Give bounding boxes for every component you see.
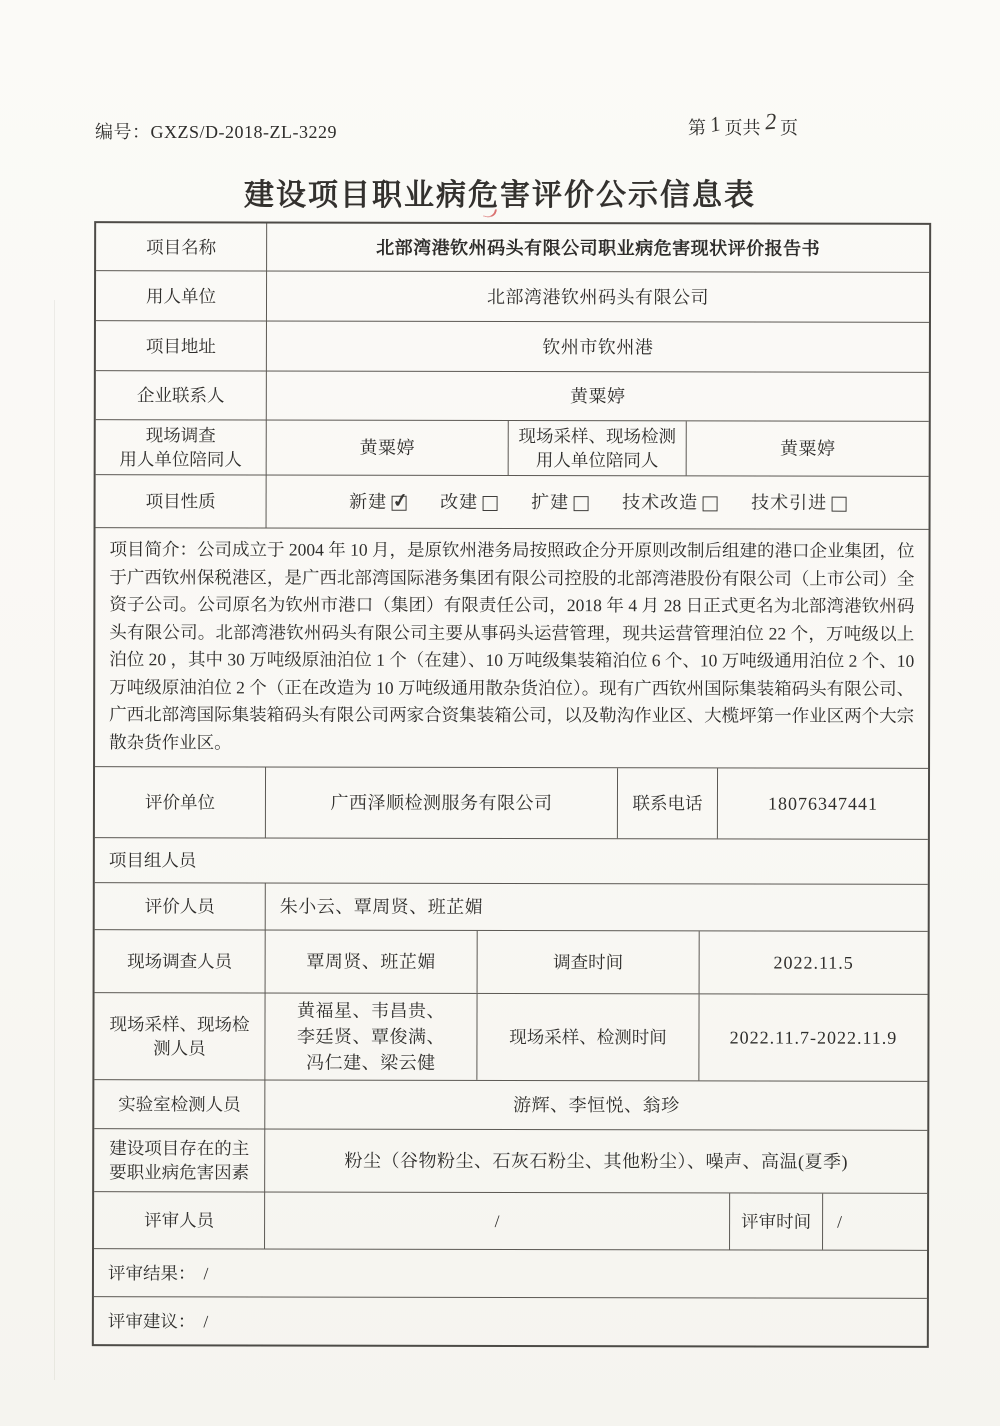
sampling-team-label-line1: 现场采样、现场检: [109, 1012, 249, 1036]
project-intro-label: 项目简介：: [109, 539, 197, 559]
project-address-value: 钦州市钦州港: [266, 321, 929, 371]
lab-team-value: 游辉、李恒悦、翁珍: [264, 1080, 927, 1129]
checkbox-checked-icon: ✓: [391, 495, 406, 510]
project-intro: 项目简介：公司成立于 2004 年 10 月，是原钦州港务局按照政企分开原则改制…: [95, 528, 928, 768]
nature-option: 改建: [440, 490, 497, 514]
evaluation-org-value: 广西泽顺检测服务有限公司: [265, 767, 617, 838]
row-evaluators: 评价人员 朱小云、覃周贤、班芷媚: [95, 882, 928, 931]
phone-label: 联系电话: [617, 768, 717, 838]
review-value: /: [264, 1192, 729, 1249]
survey-time-label: 调查时间: [477, 931, 699, 993]
sampling-escort-value: 黄粟婷: [686, 421, 929, 476]
nature-option: 扩建: [531, 490, 588, 514]
review-advice-label: 评审建议：: [108, 1309, 196, 1333]
checkbox-empty-icon: [573, 496, 588, 511]
document-number-value: GXZS/D-2018-ZL-3229: [151, 122, 337, 142]
nature-option-label: 技术改造: [622, 490, 698, 514]
scanned-page: 编号：GXZS/D-2018-ZL-3229 第1页共2页 建设项目职业病危害评…: [0, 0, 1000, 1426]
project-intro-text: 公司成立于 2004 年 10 月，是原钦州港务局按照政企分开原则改制后组建的港…: [109, 539, 914, 752]
lab-team-label: 实验室检测人员: [94, 1080, 264, 1128]
nature-options: 新建✓改建扩建技术改造技术引进: [273, 489, 923, 514]
survey-escort-label-line2: 用人单位陪同人: [119, 447, 242, 471]
hazards-label: 建设项目存在的主 要职业病危害因素: [94, 1129, 264, 1191]
row-hazards: 建设项目存在的主 要职业病危害因素 粉尘（谷物粉尘、石灰石粉尘、其他粉尘）、噪声…: [94, 1128, 927, 1193]
handwritten-tick-icon: ✓: [391, 488, 411, 514]
review-result: 评审结果： /: [94, 1249, 927, 1298]
row-project-nature: 项目性质 新建✓改建扩建技术改造技术引进: [96, 474, 929, 529]
sampling-team-label: 现场采样、现场检 测人员: [94, 993, 264, 1079]
employer-label: 用人单位: [96, 271, 266, 320]
review-result-value: /: [203, 1261, 208, 1285]
review-advice: 评审建议： /: [94, 1297, 927, 1346]
handwritten-page-total: 2: [764, 109, 777, 136]
row-evaluation-org: 评价单位 广西泽顺检测服务有限公司 联系电话 18076347441: [95, 766, 928, 839]
sampling-escort-label-line1: 现场采样、现场检测: [518, 424, 676, 448]
review-advice-value: /: [203, 1309, 208, 1333]
page-prefix: 第: [688, 118, 706, 138]
sampling-escort-label: 现场采样、现场检测 用人单位陪同人: [508, 421, 686, 475]
evaluators-label: 评价人员: [95, 883, 265, 929]
project-nature-options-cell: 新建✓改建扩建技术改造技术引进: [266, 475, 929, 528]
row-project-address: 项目地址 钦州市钦州港: [96, 320, 929, 372]
phone-value: 18076347441: [717, 768, 928, 838]
survey-escort-label: 现场调查 用人单位陪同人: [96, 420, 266, 474]
site-survey-value: 覃周贤、班芷媚: [265, 930, 477, 992]
employer-value: 北部湾港钦州码头有限公司: [266, 271, 929, 321]
sampling-time-label: 现场采样、检测时间: [476, 994, 698, 1080]
document-table: 项目名称 北部湾港钦州码头有限公司职业病危害现状评价报告书 用人单位 北部湾港钦…: [92, 221, 931, 1348]
review-time-value: /: [822, 1194, 927, 1250]
survey-time-value: 2022.11.5: [699, 931, 928, 993]
sampling-escort-label-line2: 用人单位陪同人: [536, 448, 659, 472]
checkbox-empty-icon: [831, 496, 846, 511]
review-time-label: 评审时间: [729, 1193, 822, 1249]
nature-option: 技术改造: [622, 490, 717, 514]
project-name-value: 北部湾港钦州码头有限公司职业病危害现状评价报告书: [266, 223, 929, 271]
row-review-result: 评审结果： /: [94, 1248, 927, 1298]
paper-fold-line: [54, 300, 55, 1380]
review-result-label: 评审结果：: [108, 1261, 196, 1285]
sampling-team-label-line2: 测人员: [153, 1036, 206, 1060]
row-review-advice: 评审建议： /: [94, 1296, 927, 1346]
company-contact-label: 企业联系人: [96, 371, 266, 419]
page-title: 建设项目职业病危害评价公示信息表: [0, 170, 1000, 214]
company-contact-value: 黄粟婷: [266, 371, 929, 420]
review-label: 评审人员: [94, 1192, 264, 1248]
row-team-section: 项目组人员: [95, 837, 928, 884]
survey-escort-value: 黄粟婷: [266, 420, 508, 475]
row-company-contact: 企业联系人 黄粟婷: [96, 370, 929, 421]
page-middle: 页共: [725, 118, 761, 138]
document-number: 编号：GXZS/D-2018-ZL-3229: [95, 118, 337, 144]
row-lab-team: 实验室检测人员 游辉、李恒悦、翁珍: [94, 1079, 927, 1130]
nature-option: 技术引进: [751, 491, 846, 515]
nature-option-label: 扩建: [531, 490, 569, 514]
site-survey-label: 现场调查人员: [95, 930, 265, 992]
hazards-label-line1: 建设项目存在的主: [109, 1136, 249, 1160]
nature-option-label: 新建: [349, 490, 387, 514]
checkbox-empty-icon: [702, 496, 717, 511]
hazards-value: 粉尘（谷物粉尘、石灰石粉尘、其他粉尘）、噪声、高温(夏季): [264, 1129, 927, 1192]
red-pen-mark: [483, 207, 497, 220]
team-section-header: 项目组人员: [95, 838, 928, 884]
nature-option: 新建✓: [349, 490, 406, 514]
project-nature-label: 项目性质: [96, 475, 266, 527]
nature-option-label: 技术引进: [751, 491, 827, 515]
row-employer: 用人单位 北部湾港钦州码头有限公司: [96, 270, 929, 322]
hazards-label-line2: 要职业病危害因素: [109, 1160, 249, 1184]
project-address-label: 项目地址: [96, 321, 266, 370]
checkbox-empty-icon: [482, 495, 497, 510]
sampling-team-value: 黄福星、韦昌贵、 李廷贤、覃俊满、 冯仁建、梁云健: [264, 993, 476, 1079]
nature-option-label: 改建: [440, 490, 478, 514]
page-indicator: 第1页共2页: [688, 114, 798, 140]
row-project-name: 项目名称 北部湾港钦州码头有限公司职业病危害现状评价报告书: [96, 223, 929, 272]
survey-escort-label-line1: 现场调查: [146, 423, 216, 447]
row-project-intro: 项目简介：公司成立于 2004 年 10 月，是原钦州港务局按照政企分开原则改制…: [95, 527, 928, 768]
sampling-team-value-line3: 冯仁建、梁云健: [306, 1050, 436, 1076]
sampling-time-value: 2022.11.7-2022.11.9: [698, 994, 927, 1080]
evaluation-org-label: 评价单位: [95, 767, 265, 837]
row-escorts: 现场调查 用人单位陪同人 黄粟婷 现场采样、现场检测 用人单位陪同人 黄粟婷: [96, 419, 929, 476]
handwritten-page-current: 1: [708, 111, 723, 138]
evaluators-value: 朱小云、覃周贤、班芷媚: [265, 883, 928, 930]
sampling-team-value-line2: 李廷贤、覃俊满、: [297, 1024, 445, 1050]
row-site-survey: 现场调查人员 覃周贤、班芷媚 调查时间 2022.11.5: [95, 929, 928, 994]
document-number-label: 编号：: [95, 122, 151, 142]
page-suffix: 页: [780, 118, 798, 138]
row-sampling-team: 现场采样、现场检 测人员 黄福星、韦昌贵、 李廷贤、覃俊满、 冯仁建、梁云健 现…: [94, 992, 927, 1081]
row-review: 评审人员 / 评审时间 /: [94, 1191, 927, 1250]
sampling-team-value-line1: 黄福星、韦昌贵、: [297, 998, 445, 1024]
project-name-label: 项目名称: [96, 223, 266, 270]
